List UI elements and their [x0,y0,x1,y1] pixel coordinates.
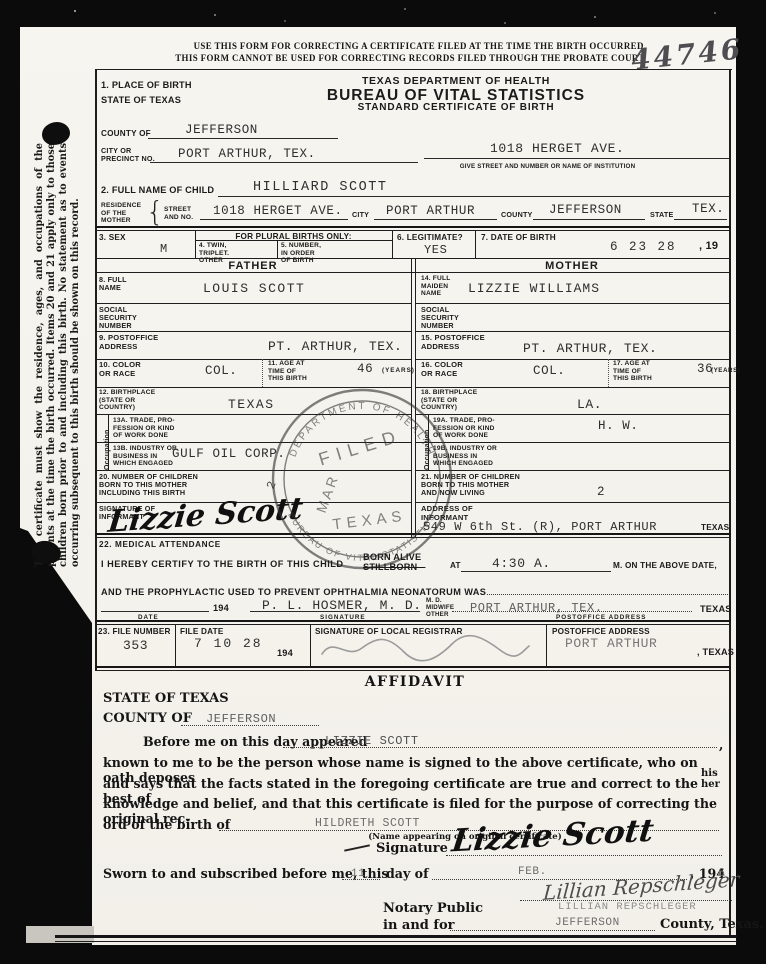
divider [415,331,729,332]
divider [415,387,729,388]
divider [415,303,729,304]
file-date-label: FILE DATE [180,627,224,636]
sex-value: M [160,242,168,256]
affidavit-county-value: JEFFERSON [206,712,276,726]
affidavit-line5-prefix: ord of the birth of [103,817,230,832]
mother-name-value: LIZZIE WILLIAMS [468,281,600,296]
birth-time-value: 4:30 A. [492,556,551,571]
affidavit-title: AFFIDAVIT [345,674,485,690]
divider [674,219,727,220]
certificate-subtitle: STANDARD CERTIFICATE OF BIRTH [280,102,632,113]
divider [461,571,611,572]
divider [95,620,731,622]
father-occupation-side-label: Occupation [96,414,108,470]
divider [475,231,476,258]
signature-label: Signature [376,841,448,856]
divider [55,941,737,942]
sex-label: 3. SEX [99,233,126,242]
date-of-birth-value: 6 23 28 [610,240,677,254]
residence-street-value: 1018 HERGET AVE. [213,204,343,218]
father-industry-label: 13B. INDUSTRY OR BUSINESS IN WHICH ENGAG… [113,445,177,468]
divider [95,666,731,668]
stamp-texas-text: TEXAS [332,508,408,534]
city-precinct-label: CITY OR PRECINCT NO. [101,147,155,163]
mother-age-label: 17. AGE AT TIME OF THIS BIRTH [613,360,652,383]
divider [55,935,737,938]
divider [200,219,348,220]
scanned-birth-certificate: This certificate must show the residence… [0,0,766,964]
divider [342,879,380,880]
father-column-header: FATHER [95,260,411,273]
father-address-label: 9. POSTOFFICE ADDRESS [99,334,158,351]
father-age-label: 11. AGE AT TIME OF THIS BIRTH [268,360,307,383]
residence-street-label: STREET AND NO. [164,206,193,221]
legitimate-label: 6. LEGITIMATE? [397,233,463,242]
father-age-unit: (YEARS) [382,367,415,374]
file-date-value: 7 10 28 [194,636,263,651]
plural-births-header: FOR PLURAL BIRTHS ONLY: [195,232,392,241]
county-value: JEFFERSON [185,123,258,137]
father-ssn-label: SOCIAL SECURITY NUMBER [99,306,137,331]
divider [374,219,497,220]
mother-birthplace-value: LA. [577,397,602,412]
registrar-signature-scribble [318,634,533,662]
mother-children-value: 2 [597,485,605,499]
notary-in-and-for-label: in and for [383,918,455,933]
divider [608,359,609,387]
mother-age-unit: (YEARS) [711,367,740,374]
father-address-value: PT. ARTHUR, TEX. [268,339,402,354]
father-name-label: 8. FULL NAME [99,276,127,292]
at-label: AT [450,561,461,570]
state-of-texas-label: STATE OF TEXAS [101,95,181,105]
father-race-label: 10. COLOR OR RACE [99,361,141,378]
dob-year-prefix: , 19 [699,240,718,253]
mother-race-label: 16. COLOR OR RACE [421,361,463,378]
divider [424,158,729,159]
residence-city-value: PORT ARTHUR [386,204,475,218]
divider [95,226,731,228]
father-race-value: COL. [205,364,237,378]
date-of-birth-label: 7. DATE OF BIRTH [481,233,556,242]
child-name-value: HILLIARD SCOTT [253,180,387,195]
divider [101,611,209,612]
notary-typed-name: LILLIAN REPSCHLEGER [558,901,697,913]
place-of-birth-label: 1. PLACE OF BIRTH [101,80,192,90]
his-her-stack: his her [701,769,720,790]
affidavit-county-label: COUNTY OF [103,711,192,726]
affidavit-line1-comma: , [719,737,723,752]
divider [415,414,729,415]
informant-address-value: 549 W 6th St. (R), PORT ARTHUR [423,520,657,534]
divider [95,359,411,360]
residence-county-label: COUNTY [501,211,533,219]
residence-city-label: CITY [352,211,369,219]
divider [218,196,729,197]
stillborn-option: STILLBORN – [363,562,425,572]
notary-public-label: Notary Public [383,901,483,916]
filed-stamp: DEPARTMENT OF HEALTH BUREAU OF VITAL STA… [266,383,458,575]
mother-name-label: 14. FULL MAIDEN NAME [421,275,450,298]
registrar-postoffice-value: PORT ARTHUR [565,636,657,651]
attendant-type-options: M. D. MIDWIFE OTHER [426,597,454,618]
divider [95,272,731,273]
attendant-year-prefix: 194 [213,603,229,613]
sworn-month-value: FEB. [518,866,547,878]
divider [95,331,411,332]
divider [450,930,655,931]
divider [533,219,645,220]
prophylactic-text: AND THE PROPHYLACTIC USED TO PREVENT OPH… [101,587,486,597]
informant-address-state: TEXAS [701,523,729,532]
divider [95,670,731,671]
divider [546,624,547,666]
divider [95,230,731,231]
child-name-label: 2. FULL NAME OF CHILD [101,185,214,195]
registrar-year-prefix: 194 [277,648,293,658]
original-name-value: HILDRETH SCOTT [315,817,420,830]
scan-speckle [74,10,76,12]
street-value: 1018 HERGET AVE. [490,141,624,156]
divider [175,624,176,666]
divider [415,442,729,443]
margin-note-text: This certificate must show the residence… [34,143,82,567]
divider [95,69,97,671]
residence-county-value: JEFFERSON [549,203,622,217]
father-trade-label: 13A. TRADE, PRO- FESSION OR KIND OF WORK… [113,417,175,440]
father-age-value: 46 [357,362,373,376]
divider [415,502,729,503]
file-number-label: 23. FILE NUMBER [98,627,171,636]
after-time-text: M. ON THE ABOVE DATE, [613,561,717,570]
street-hint: GIVE STREET AND NUMBER OR NAME OF INSTIT… [435,163,660,170]
stamp-month-text: MAR [313,472,342,515]
mother-column-header: MOTHER [415,260,729,273]
father-occupation-side-text: Occupation [104,429,111,470]
appeared-name-value: LIZZIE SCOTT [325,734,419,748]
mother-race-value: COL. [533,364,565,378]
certify-text: I HEREBY CERTIFY TO THE BIRTH OF THIS CH… [101,559,344,569]
mother-address-label: 15. POSTOFFICE ADDRESS [421,334,485,351]
divider [262,359,263,387]
divider [392,231,393,258]
sworn-mid: day of [386,866,429,881]
mother-trade-value: H. W. [598,419,639,433]
city-value: PORT ARTHUR, TEX. [178,147,316,161]
divider [277,241,278,258]
mother-ssn-label: SOCIAL SECURITY NUMBER [421,306,459,331]
divider [95,69,732,70]
divider [95,624,731,625]
father-children-label: 20. NUMBER OF CHILDREN BORN TO THIS MOTH… [99,473,198,498]
legitimate-value: YES [424,243,447,257]
residence-label: RESIDENCE OF THE MOTHER [101,202,141,225]
stamp-filed-text: FILED [316,425,404,469]
margin-note: This certificate must show the residence… [34,143,82,567]
medical-attendance-label: 22. MEDICAL ATTENDANCE [99,540,221,549]
notary-county-value: JEFFERSON [555,917,620,929]
file-number-value: 353 [123,638,148,653]
county-of-label: COUNTY OF [101,129,151,138]
father-name-value: LOUIS SCOTT [203,281,305,296]
registrar-state-suffix: , TEXAS [697,647,734,657]
mother-address-value: PT. ARTHUR, TEX. [523,341,657,356]
notice-line-2: THIS FORM CANNOT BE USED FOR CORRECTING … [110,53,710,63]
residence-state-value: TEX. [692,202,724,216]
divider [446,855,722,856]
affidavit-state-line: STATE OF TEXAS [103,691,229,706]
divider [150,162,418,163]
residence-state-label: STATE [650,211,674,219]
attendant-address-value: PORT ARTHUR, TEX. [470,601,603,615]
divider [415,470,729,471]
divider [95,303,411,304]
divider [310,624,311,666]
notary-county-suffix: County, Texas. [660,917,764,932]
divider [148,138,338,139]
brace: { [146,195,164,228]
father-birthplace-label: 12. BIRTHPLACE (STATE OR COUNTRY) [99,389,155,412]
medical-state-suffix: TEXAS [700,604,732,614]
registrar-postoffice-label: POSTOFFICE ADDRESS [552,627,650,636]
attendant-name-value: P. L. HOSMER, M. D. [262,598,422,613]
born-alive-option: BORN ALIVE [363,552,421,562]
divider [487,594,728,595]
